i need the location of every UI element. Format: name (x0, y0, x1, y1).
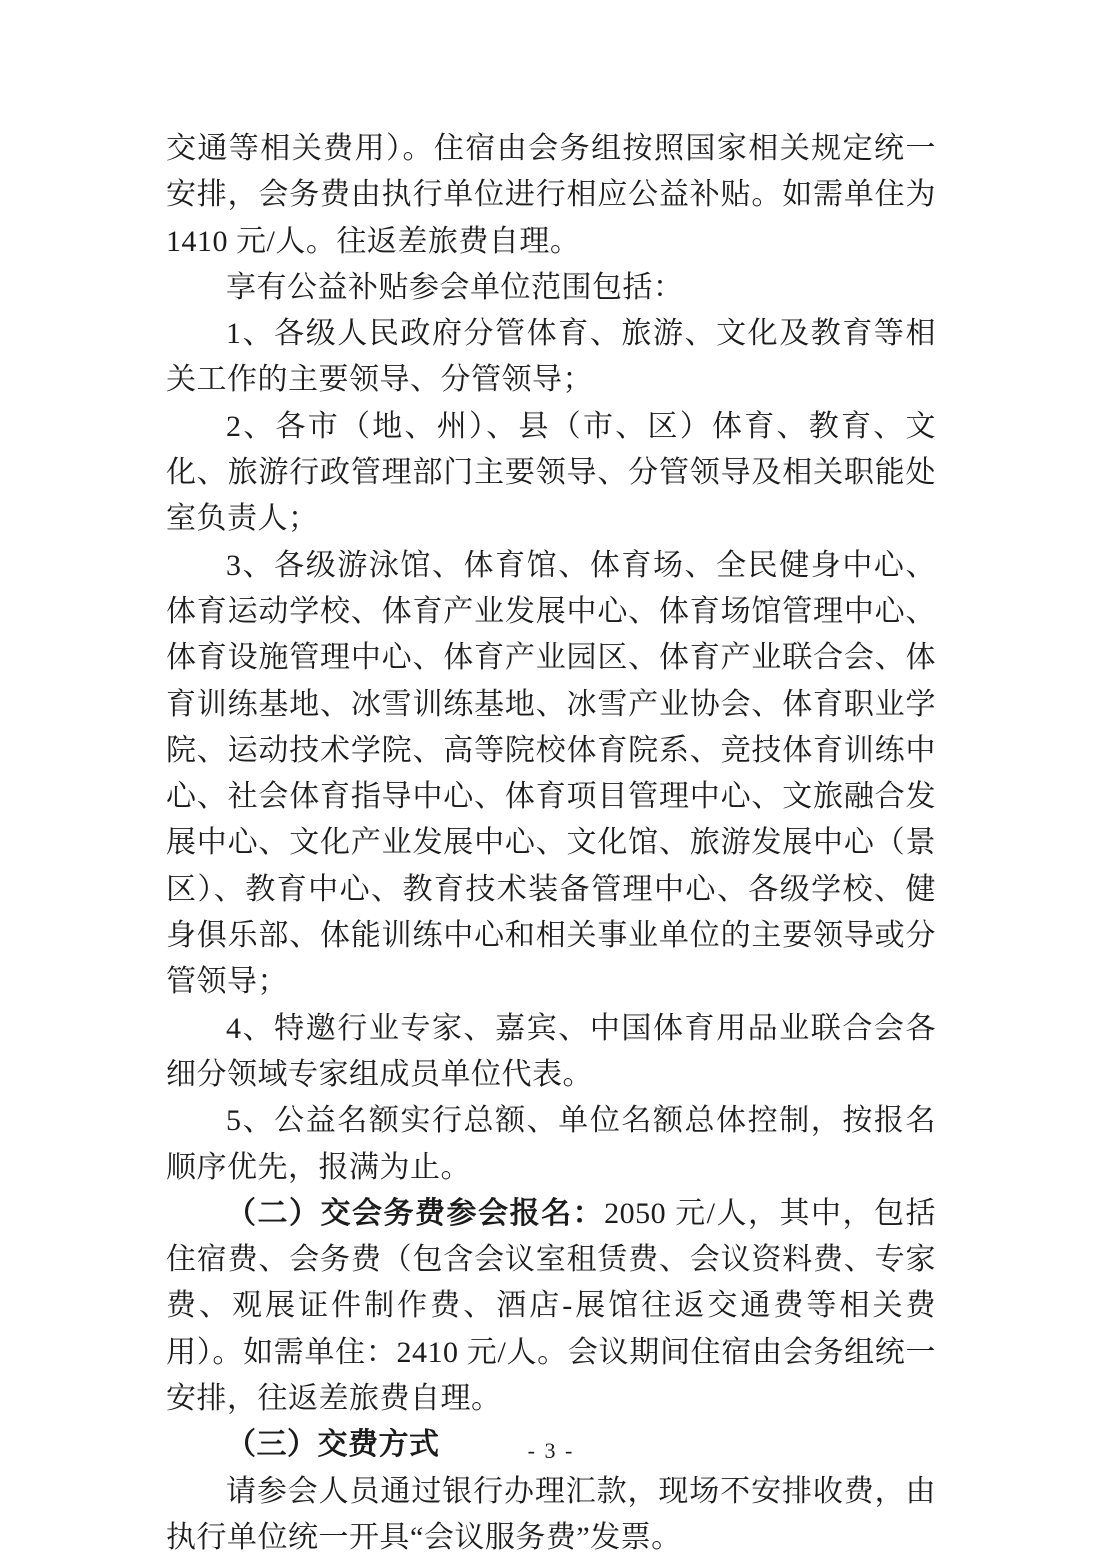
paragraph-text: 4、特邀行业专家、嘉宾、中国体育用品业联合会各细分领域专家组成员单位代表。 (166, 1012, 936, 1091)
paragraph-text: 2、各市（地、州）、县（市、区）体育、教育、文化、旅游行政管理部门主要领导、分管… (166, 410, 936, 536)
page-footer: - 3 - (166, 1438, 936, 1464)
paragraph: 交通等相关费用）。住宿由会务组按照国家相关规定统一安排，会务费由执行单位进行相应… (166, 126, 936, 265)
paragraph: 请参会人员通过银行办理汇款，现场不安排收费，由执行单位统一开具“会议服务费”发票… (166, 1469, 936, 1559)
paragraph: 1、各级人民政府分管体育、旅游、文化及教育等相关工作的主要领导、分管领导； (166, 311, 936, 404)
paragraph-text: 交通等相关费用）。住宿由会务组按照国家相关规定统一安排，会务费由执行单位进行相应… (166, 132, 936, 258)
paragraph: 3、各级游泳馆、体育馆、体育场、全民健身中心、体育运动学校、体育产业发展中心、体… (166, 543, 936, 1006)
paragraph-text: 5、公益名额实行总额、单位名额总体控制，按报名顺序优先，报满为止。 (166, 1104, 936, 1183)
paragraph-text: 3、各级游泳馆、体育馆、体育场、全民健身中心、体育运动学校、体育产业发展中心、体… (166, 549, 936, 999)
document-body: 交通等相关费用）。住宿由会务组按照国家相关规定统一安排，会务费由执行单位进行相应… (166, 126, 936, 1559)
paragraph: 享有公益补贴参会单位范围包括： (166, 265, 936, 311)
paragraph: 4、特邀行业专家、嘉宾、中国体育用品业联合会各细分领域专家组成员单位代表。 (166, 1006, 936, 1099)
document-page: 交通等相关费用）。住宿由会务组按照国家相关规定统一安排，会务费由执行单位进行相应… (0, 0, 1102, 1559)
paragraph: 5、公益名额实行总额、单位名额总体控制，按报名顺序优先，报满为止。 (166, 1098, 936, 1191)
paragraph: （二）交会务费参会报名：2050 元/人，其中，包括住宿费、会务费（包含会议室租… (166, 1191, 936, 1422)
paragraph-text: 享有公益补贴参会单位范围包括： (226, 271, 684, 304)
page-number: - 3 - (528, 1438, 575, 1463)
paragraph: 2、各市（地、州）、县（市、区）体育、教育、文化、旅游行政管理部门主要领导、分管… (166, 404, 936, 543)
paragraph-text: 请参会人员通过银行办理汇款，现场不安排收费，由执行单位统一开具“会议服务费”发票… (166, 1475, 936, 1554)
paragraph-text: 1、各级人民政府分管体育、旅游、文化及教育等相关工作的主要领导、分管领导； (166, 317, 936, 396)
paragraph-bold-prefix: （二）交会务费参会报名： (226, 1197, 604, 1230)
